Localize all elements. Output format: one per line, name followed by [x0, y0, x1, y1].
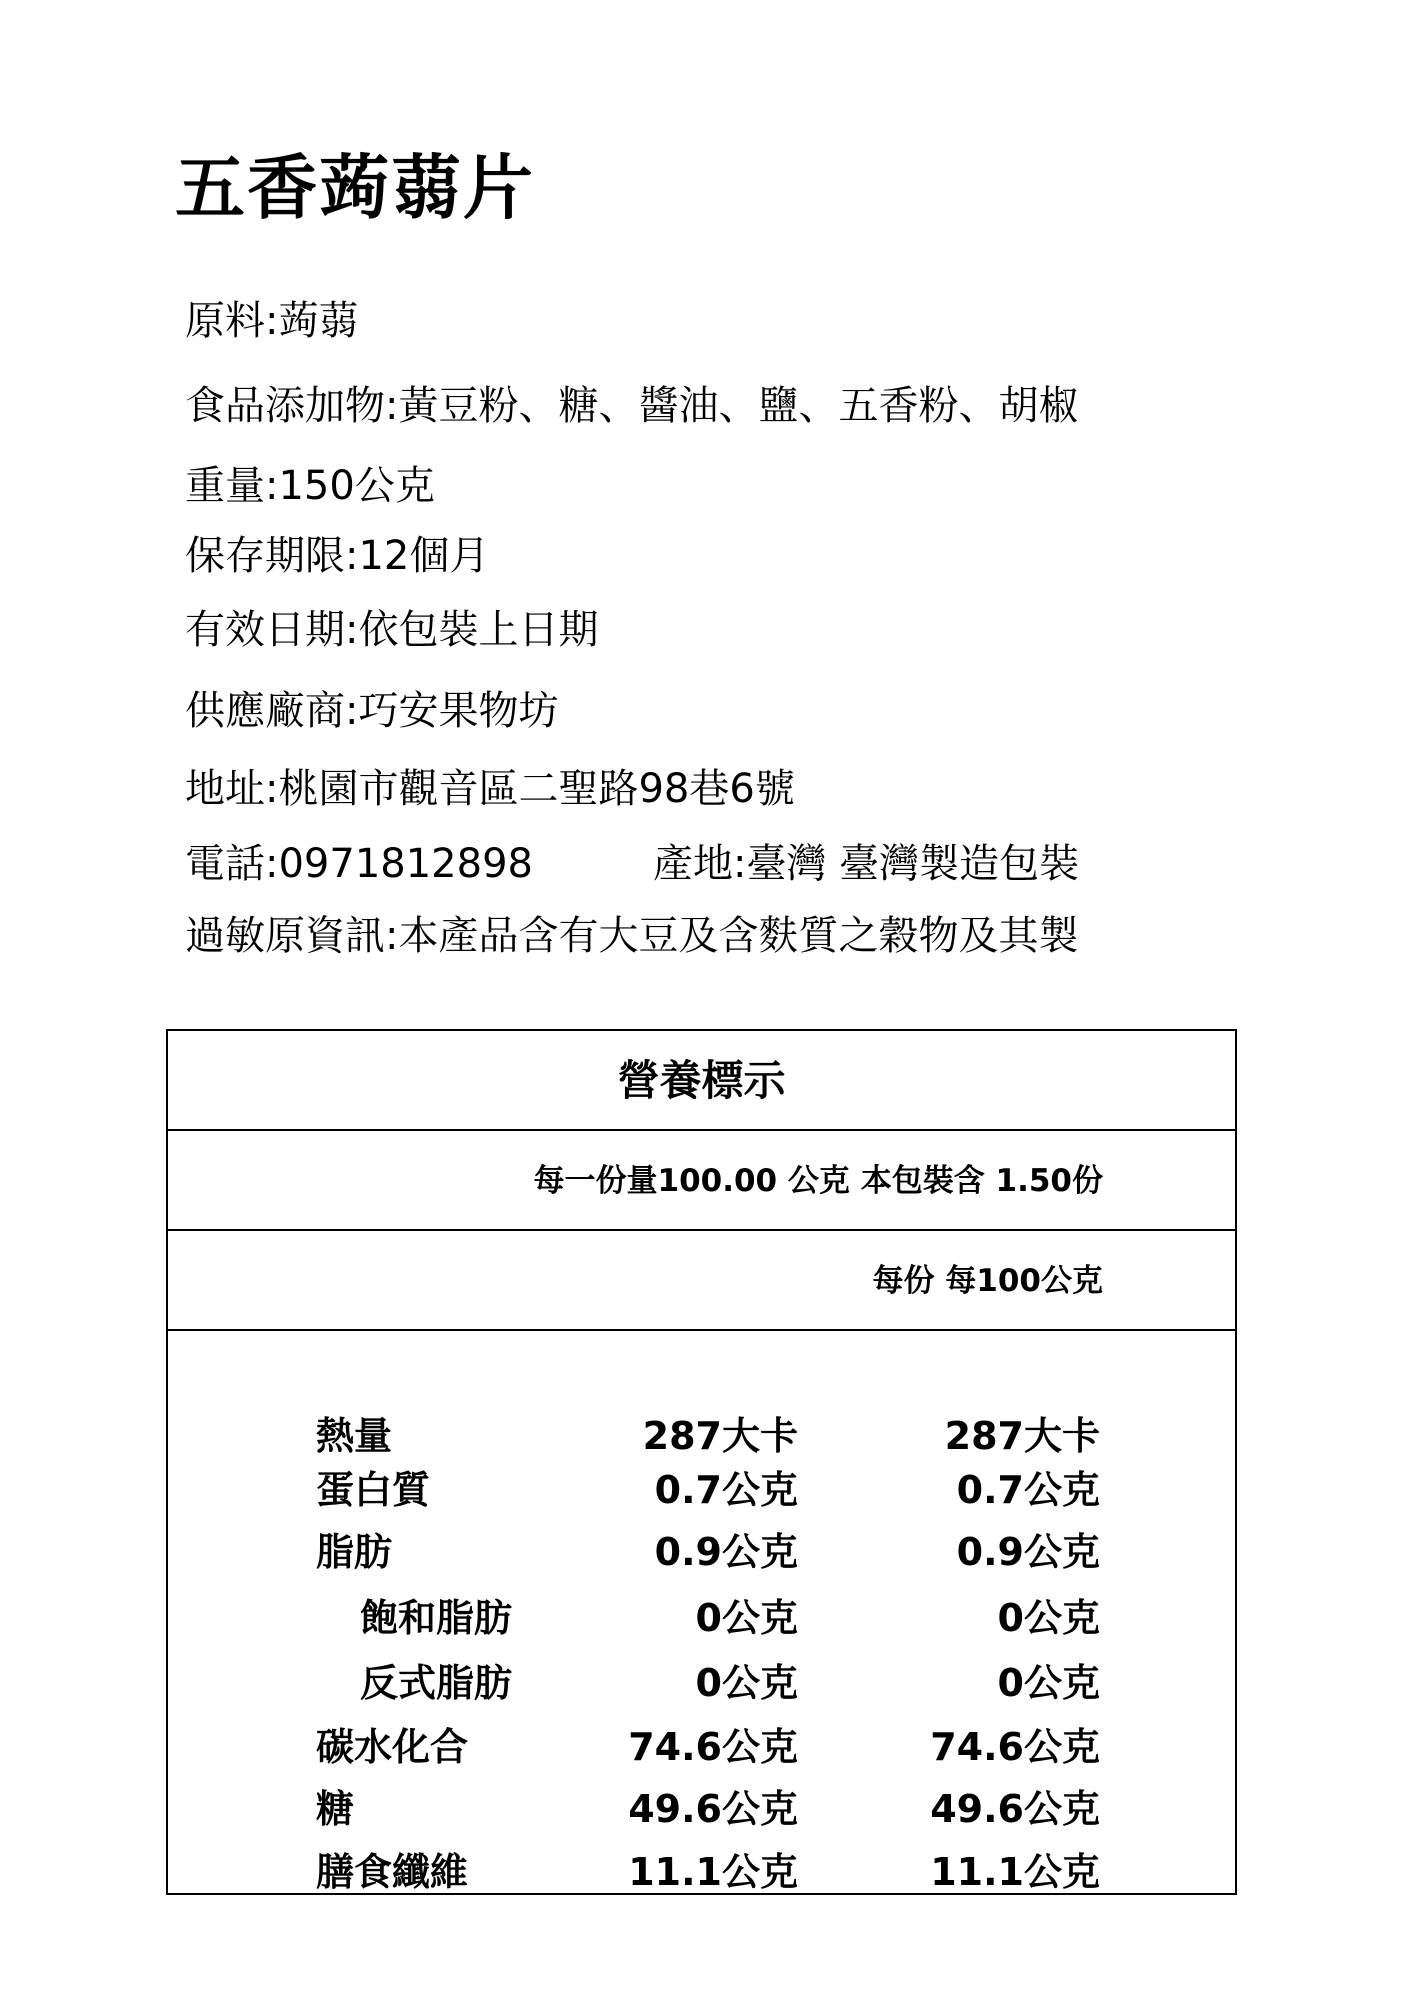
- shelf-life-line: 保存期限:12個月: [185, 528, 489, 584]
- per-100g-value: 0.7公克: [957, 1459, 1100, 1521]
- per-100g-value: 49.6公克: [930, 1778, 1100, 1840]
- nutrient-label: 反式脂肪: [360, 1652, 512, 1714]
- per-serving-value: 11.1公克: [628, 1841, 798, 1903]
- per-serving-value: 287大卡: [643, 1405, 798, 1467]
- nutrition-heading: 營養標示: [168, 1031, 1235, 1131]
- nutrient-label: 糖: [316, 1778, 354, 1840]
- ingredients-line: 原料:蒟蒻: [185, 293, 358, 349]
- nutrient-row: 反式脂肪 0公克 0公克: [168, 1652, 1235, 1714]
- product-title: 五香蒟蒻片: [175, 140, 535, 236]
- phone-text: 電話:0971812898: [185, 841, 533, 887]
- per-serving-value: 0公克: [696, 1587, 798, 1649]
- column-header-row: 每份 每100公克: [168, 1231, 1235, 1331]
- nutrient-label: 膳食纖維: [316, 1841, 468, 1903]
- per-100g-value: 287大卡: [945, 1405, 1100, 1467]
- nutrient-label: 脂肪: [316, 1521, 392, 1583]
- nutrient-label: 蛋白質: [316, 1459, 430, 1521]
- phone-origin-line: 電話:0971812898產地:臺灣 臺灣製造包裝: [185, 836, 1079, 892]
- nutrient-row: 脂肪 0.9公克 0.9公克: [168, 1521, 1235, 1583]
- origin-text: 產地:臺灣 臺灣製造包裝: [653, 841, 1079, 887]
- per-100g-value: 0.9公克: [957, 1521, 1100, 1583]
- supplier-line: 供應廠商:巧安果物坊: [185, 683, 558, 739]
- nutrient-row: 熱量 287大卡 287大卡: [168, 1405, 1235, 1467]
- allergen-line: 過敏原資訊:本產品含有大豆及含麩質之穀物及其製: [185, 908, 1078, 964]
- nutrient-row: 糖 49.6公克 49.6公克: [168, 1778, 1235, 1840]
- nutrient-label: 碳水化合: [316, 1716, 468, 1778]
- nutrient-row: 蛋白質 0.7公克 0.7公克: [168, 1459, 1235, 1521]
- per-serving-value: 74.6公克: [628, 1716, 798, 1778]
- per-100g-value: 0公克: [998, 1652, 1100, 1714]
- nutrient-label: 熱量: [316, 1405, 392, 1467]
- weight-line: 重量:150公克: [185, 458, 435, 514]
- nutrient-label: 飽和脂肪: [360, 1587, 512, 1649]
- serving-info-row: 每一份量100.00 公克 本包裝含 1.50份: [168, 1131, 1235, 1231]
- expiry-line: 有效日期:依包裝上日期: [185, 602, 598, 658]
- nutrient-row: 飽和脂肪 0公克 0公克: [168, 1587, 1235, 1649]
- per-100g-value: 74.6公克: [930, 1716, 1100, 1778]
- nutrient-row: 膳食纖維 11.1公克 11.1公克: [168, 1841, 1235, 1903]
- per-serving-value: 49.6公克: [628, 1778, 798, 1840]
- per-serving-value: 0.7公克: [655, 1459, 798, 1521]
- per-serving-value: 0.9公克: [655, 1521, 798, 1583]
- per-100g-value: 0公克: [998, 1587, 1100, 1649]
- per-100g-value: 11.1公克: [930, 1841, 1100, 1903]
- nutrition-body: 熱量 287大卡 287大卡 蛋白質 0.7公克 0.7公克 脂肪 0.9公克 …: [168, 1331, 1235, 1893]
- address-line: 地址:桃園市觀音區二聖路98巷6號: [185, 761, 795, 817]
- per-serving-value: 0公克: [696, 1652, 798, 1714]
- nutrition-facts-table: 營養標示 每一份量100.00 公克 本包裝含 1.50份 每份 每100公克 …: [166, 1029, 1237, 1895]
- nutrient-row: 碳水化合 74.6公克 74.6公克: [168, 1716, 1235, 1778]
- column-header: 每份 每100公克: [872, 1231, 1103, 1331]
- additives-line: 食品添加物:黃豆粉、糖、醬油、鹽、五香粉、胡椒: [185, 378, 1078, 434]
- serving-info: 每一份量100.00 公克 本包裝含 1.50份: [534, 1131, 1104, 1231]
